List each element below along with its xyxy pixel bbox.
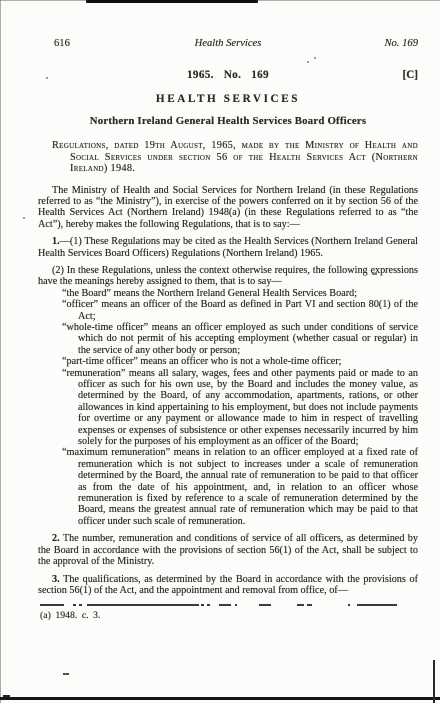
definition-item: “maximum remuneration” means in relation… [78,447,418,527]
scan-edge-bottom-line [0,697,440,700]
section-2-number: 2. [52,533,60,544]
page-number: 616 [38,38,195,50]
section-1-paragraph: 1.—(1) These Regulations may be cited as… [38,236,418,259]
running-title: Health Services [195,38,262,50]
corner-mark: [C] [402,69,418,82]
definitions-list: “the Board” means the Northern Ireland G… [38,288,418,528]
document-subtitle: Northern Ireland General Health Services… [38,115,418,128]
category-title: HEALTH SERVICES [38,93,418,106]
definition-item: “whole-time officer” means an officer em… [78,322,418,356]
section-2-paragraph: 2. The number, remuneration and conditio… [38,533,418,567]
section-3-text: The qualifications, as determined by the… [38,574,418,596]
intro-paragraph: The Ministry of Health and Social Servic… [38,185,418,231]
scan-top-black-bar [86,0,258,3]
running-number: No. 169 [261,38,418,50]
footnote: (a) 1948. c. 3. [40,610,418,621]
instrument-number: 1965. No. 169 [187,69,269,81]
section-1-text: —(1) These Regulations may be cited as t… [38,236,418,258]
section-3-number: 3. [52,574,60,585]
running-head: 616 Health Services No. 169 [38,38,418,50]
document-page: 616 Health Services No. 169 1965. No. 16… [0,0,440,703]
definition-item: “remuneration” means all salary, wages, … [78,368,418,448]
section-2-text: The number, remuneration and conditions … [38,533,418,567]
section-1-number: 1. [52,236,60,247]
section-3-paragraph: 3. The qualifications, as determined by … [38,574,418,597]
subsection-2-text: (2) In these Regulations, unless the con… [38,265,418,287]
definition-item: “officer” means an officer of the Board … [78,299,418,322]
footnote-rule [40,604,418,606]
instrument-number-row: 1965. No. 169 [C] [38,69,418,82]
definition-item: “the Board” means the Northern Ireland G… [78,288,418,299]
preamble-paragraph: Regulations, dated 19th August, 1965, ma… [70,140,418,175]
scan-edge-top-line [0,0,440,1]
scan-edge-left-line [0,0,1,703]
page-content: 616 Health Services No. 169 1965. No. 16… [38,38,418,621]
scan-speck [23,217,25,219]
scan-edge-right-line [433,660,435,703]
scan-mark-bottom-left [3,695,10,697]
scan-mark-dash [63,673,69,675]
definition-item: “part-time officer” means an officer who… [78,356,418,367]
subsection-2-paragraph: (2) In these Regulations, unless the con… [38,265,418,288]
